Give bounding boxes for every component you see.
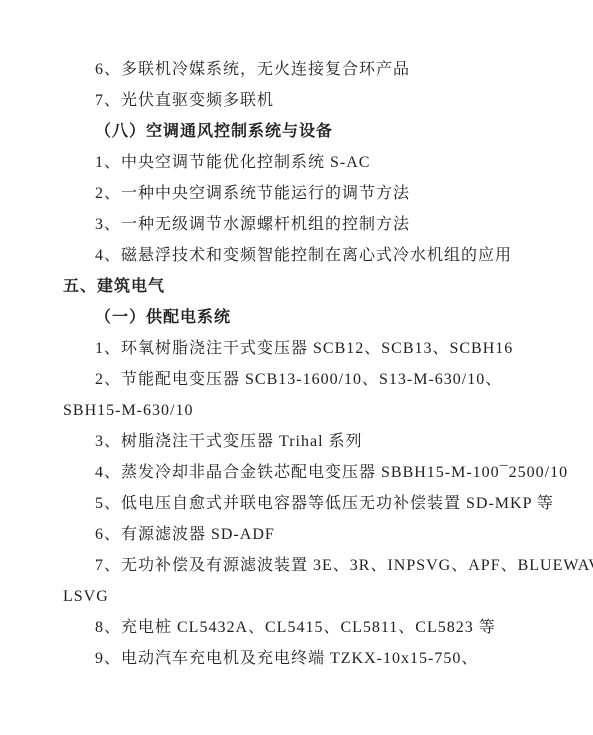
list-item: 3、树脂浇注干式变压器 Trihal 系列 [63, 426, 553, 457]
list-item: 2、节能配电变压器 SCB13-1600/10、S13-M-630/10、 [63, 364, 553, 395]
list-item: 4、蒸发冷却非晶合金铁芯配电变压器 SBBH15-M-100¯2500/10 [63, 457, 553, 488]
list-item: 5、低电压自愈式并联电容器等低压无功补偿装置 SD-MKP 等 [63, 488, 553, 519]
subsection-heading: （一）供配电系统 [63, 302, 553, 333]
list-item: 7、无功补偿及有源滤波装置 3E、3R、INPSVG、APF、BLUEWAVE、 [63, 550, 553, 581]
document-text-block: 6、多联机冷媒系统，无火连接复合环产品 7、光伏直驱变频多联机 （八）空调通风控… [63, 54, 553, 674]
document-page: 6、多联机冷媒系统，无火连接复合环产品 7、光伏直驱变频多联机 （八）空调通风控… [0, 0, 593, 735]
list-item: 9、电动汽车充电机及充电终端 TZKX-10x15-750、 [63, 643, 553, 674]
list-item: 6、有源滤波器 SD-ADF [63, 519, 553, 550]
list-item: 1、中央空调节能优化控制系统 S-AC [63, 147, 553, 178]
chapter-heading: 五、建筑电气 [63, 271, 553, 302]
list-item: 1、环氧树脂浇注干式变压器 SCB12、SCB13、SCBH16 [63, 333, 553, 364]
list-item: 2、一种中央空调系统节能运行的调节方法 [63, 178, 553, 209]
continuation-line: SBH15-M-630/10 [63, 395, 553, 426]
list-item: 6、多联机冷媒系统，无火连接复合环产品 [63, 54, 553, 85]
list-item: 7、光伏直驱变频多联机 [63, 85, 553, 116]
list-item: 4、磁悬浮技术和变频智能控制在离心式冷水机组的应用 [63, 240, 553, 271]
list-item: 8、充电桩 CL5432A、CL5415、CL5811、CL5823 等 [63, 612, 553, 643]
list-item: 3、一种无级调节水源螺杆机组的控制方法 [63, 209, 553, 240]
subsection-heading: （八）空调通风控制系统与设备 [63, 116, 553, 147]
continuation-line: LSVG [63, 581, 553, 612]
